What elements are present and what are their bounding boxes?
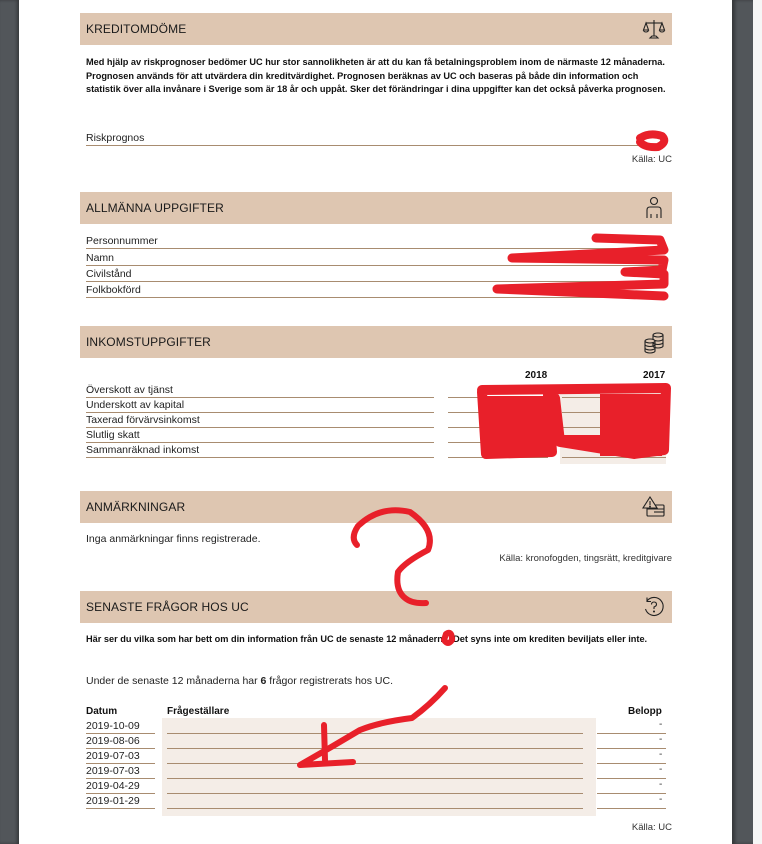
coins-icon <box>642 330 666 354</box>
row-label: Civilstånd <box>86 268 132 280</box>
inquiry-amount: - <box>659 779 662 790</box>
date-text: 2019-10-09 <box>86 720 140 732</box>
section-header-inkomst: INKOMSTUPPGIFTER <box>80 326 672 358</box>
row-namn: Namn <box>86 250 666 266</box>
value-2017-cell <box>562 427 666 428</box>
row-label: Folkbokförd <box>86 284 141 296</box>
income-row: Slutlig skatt <box>86 427 434 443</box>
section-header-allmanna: ALLMÄNNA UPPGIFTER <box>80 192 672 224</box>
income-row: Överskott av tjänst <box>86 382 434 398</box>
row-civilstand: Civilstånd <box>86 266 666 282</box>
col-2017: 2017 <box>643 370 665 381</box>
section-header-kreditomdome: KREDITOMDÖME <box>80 13 672 45</box>
row-label: Personnummer <box>86 235 158 247</box>
inquiry-date: 2019-08-06 <box>86 733 155 749</box>
source-uc: Källa: UC <box>632 154 672 165</box>
inquiry-asker-cell <box>167 778 583 779</box>
inquiry-asker-cell <box>167 763 583 764</box>
inquiry-asker-cell <box>167 733 583 734</box>
row-personnummer: Personnummer <box>86 233 666 249</box>
row-label: Överskott av tjänst <box>86 384 173 396</box>
date-text: 2019-07-03 <box>86 750 140 762</box>
inquiry-amount-cell <box>597 748 666 749</box>
date-text: 2019-04-29 <box>86 780 140 792</box>
date-text: 2019-08-06 <box>86 735 140 747</box>
inquiry-amount: - <box>659 734 662 745</box>
col-belopp: Belopp <box>628 706 662 717</box>
source-remarks: Källa: kronofogden, tingsrätt, kreditgiv… <box>499 553 672 564</box>
inquiry-date: 2019-01-29 <box>86 793 155 809</box>
viewer-scrollbar-track[interactable] <box>732 0 753 844</box>
income-row: Sammanräknad inkomst <box>86 442 434 458</box>
inquiry-amount-cell <box>597 733 666 734</box>
value-2018-cell <box>448 457 548 458</box>
question-history-icon <box>642 595 666 619</box>
income-row: Underskott av kapital <box>86 397 434 413</box>
value-2018-cell <box>448 397 548 398</box>
inquiry-asker-cell <box>167 793 583 794</box>
inquiry-amount: - <box>659 794 662 805</box>
section-title: KREDITOMDÖME <box>86 22 186 36</box>
income-row: Taxerad förvärvsinkomst <box>86 412 434 428</box>
inquiry-amount-cell <box>597 808 666 809</box>
inquiry-date: 2019-04-29 <box>86 778 155 794</box>
inquiry-amount-cell <box>597 778 666 779</box>
inquiry-amount: - <box>659 764 662 775</box>
inquiry-amount: - <box>659 749 662 760</box>
inquiry-amount-cell <box>597 793 666 794</box>
section-title: ANMÄRKNINGAR <box>86 500 185 514</box>
inquiry-date: 2019-10-09 <box>86 718 155 734</box>
col-fragestallare: Frågeställare <box>167 706 229 717</box>
kreditomdome-description: Med hjälp av riskprognoser bedömer UC hu… <box>86 56 666 97</box>
row-label: Sammanräknad inkomst <box>86 444 199 456</box>
scales-icon <box>642 17 666 41</box>
source-uc-fragor: Källa: UC <box>632 822 672 833</box>
value-2018-cell <box>448 427 548 428</box>
person-icon <box>642 196 666 220</box>
row-label: Namn <box>86 252 114 264</box>
inquiry-date: 2019-07-03 <box>86 748 155 764</box>
section-title: INKOMSTUPPGIFTER <box>86 335 211 349</box>
value-2017-cell <box>562 412 666 413</box>
row-riskprognos: Riskprognos <box>86 130 666 146</box>
value-2017-cell <box>562 442 666 443</box>
year-2017-column-bg <box>560 392 666 464</box>
date-text: 2019-07-03 <box>86 765 140 777</box>
date-text: 2019-01-29 <box>86 795 140 807</box>
section-title: SENASTE FRÅGOR HOS UC <box>86 600 249 614</box>
row-label: Taxerad förvärvsinkomst <box>86 414 200 426</box>
value-2017-cell <box>562 397 666 398</box>
value-2017-cell <box>562 457 666 458</box>
row-label: Slutlig skatt <box>86 429 140 441</box>
inquiry-asker-cell <box>167 808 583 809</box>
col-2018: 2018 <box>525 370 547 381</box>
row-label: Riskprognos <box>86 132 144 144</box>
inquiry-date: 2019-07-03 <box>86 763 155 779</box>
row-label: Underskott av kapital <box>86 399 184 411</box>
row-folkbokford: Folkbokförd <box>86 282 666 298</box>
inquiry-amount: - <box>659 719 662 730</box>
no-remarks-text: Inga anmärkningar finns registrerade. <box>86 533 261 545</box>
inquiry-asker-cell <box>167 748 583 749</box>
section-header-anmarkningar: ANMÄRKNINGAR <box>80 491 672 523</box>
fragor-description: Här ser du vilka som har bett om din inf… <box>86 633 666 647</box>
section-header-fragor: SENASTE FRÅGOR HOS UC <box>80 591 672 623</box>
viewer-gutter-left <box>0 0 19 844</box>
col-datum: Datum <box>86 706 117 717</box>
section-title: ALLMÄNNA UPPGIFTER <box>86 201 224 215</box>
inquiry-amount-cell <box>597 763 666 764</box>
warning-card-icon <box>642 495 666 519</box>
value-2018-cell <box>448 412 548 413</box>
value-2018-cell <box>448 442 548 443</box>
inquiry-summary: Under de senaste 12 månaderna har 6 fråg… <box>86 675 393 687</box>
